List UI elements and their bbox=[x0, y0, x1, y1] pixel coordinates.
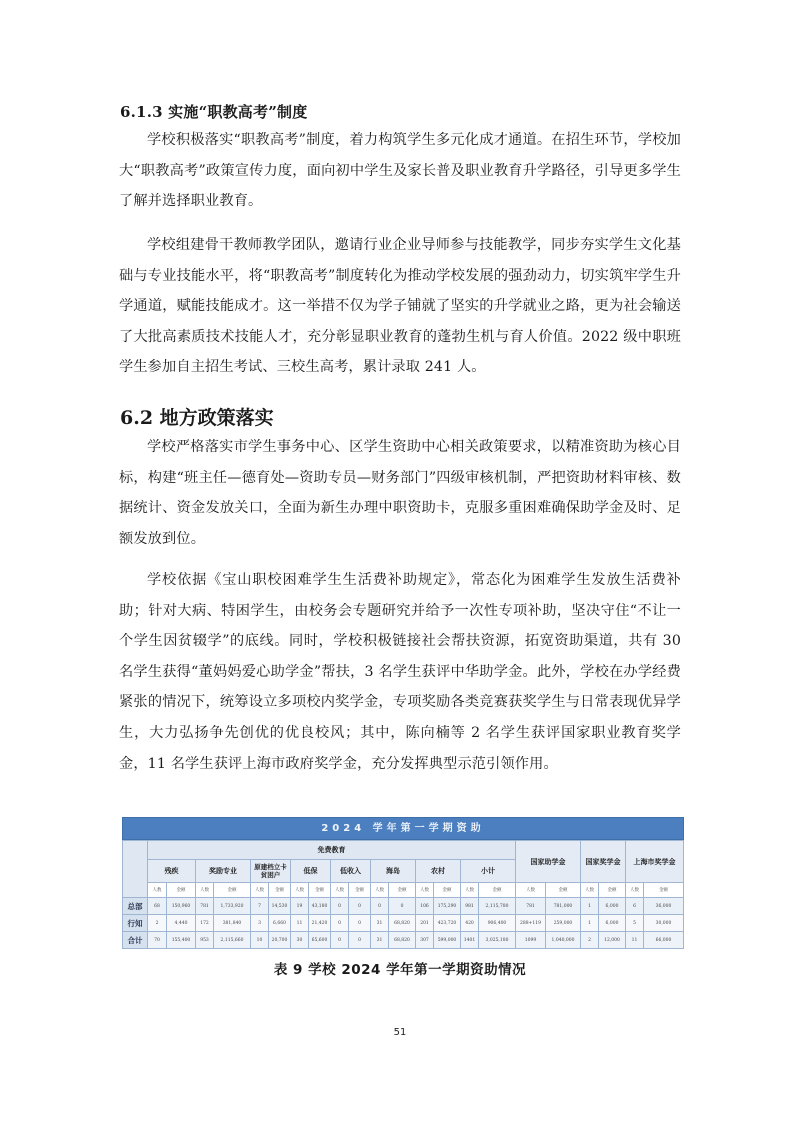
table-row: 合计70155,4009532,115,6601020,7003065,6000… bbox=[123, 932, 684, 949]
paragraph-local-policy-2: 学校依据《宝山职校困难学生生活费补助规定》，常态化为困难学生发放生活费补助；针对… bbox=[119, 565, 681, 779]
table-cell: 68,820 bbox=[389, 932, 416, 949]
unit-header-count: 人数 bbox=[416, 883, 434, 898]
aid-data-table: 免费教育 国家助学金 国家奖学金 上海市奖学金 残疾 奖励专业 原建档立卡 贫困… bbox=[122, 840, 684, 949]
table-cell: 106 bbox=[416, 898, 434, 915]
table-cell: 2,115,660 bbox=[214, 932, 251, 949]
col-header-shanghai-scholarship: 上海市奖学金 bbox=[626, 841, 684, 883]
row-label: 行知 bbox=[123, 915, 148, 932]
unit-header-amount: 金额 bbox=[434, 883, 461, 898]
table-title: 2024 学年第一学期资助 bbox=[122, 817, 684, 840]
row-label: 合计 bbox=[123, 932, 148, 949]
table-cell: 36,000 bbox=[644, 898, 684, 915]
table-cell: 906,400 bbox=[479, 915, 516, 932]
col-header-island: 海岛 bbox=[371, 860, 416, 883]
table-cell: 4,440 bbox=[167, 915, 196, 932]
table-cell: 31 bbox=[371, 915, 389, 932]
table-corner-cell bbox=[123, 841, 148, 898]
table-cell: 981 bbox=[461, 898, 479, 915]
financial-aid-table: 2024 学年第一学期资助 免费教育 国家助学金 国家奖学金 上海市奖学金 残疾… bbox=[122, 817, 684, 949]
table-cell: 150,960 bbox=[167, 898, 196, 915]
col-header-minimum-living: 低保 bbox=[291, 860, 331, 883]
page-number: 51 bbox=[0, 1027, 800, 1038]
table-cell: 1401 bbox=[461, 932, 479, 949]
table-cell: 1 bbox=[581, 898, 599, 915]
unit-header-amount: 金额 bbox=[599, 883, 626, 898]
col-header-incentive-major: 奖励专业 bbox=[196, 860, 251, 883]
unit-header-count: 人数 bbox=[371, 883, 389, 898]
col-header-subtotal: 小计 bbox=[461, 860, 516, 883]
table-cell: 11 bbox=[626, 932, 644, 949]
table-cell: 43,180 bbox=[309, 898, 331, 915]
table-row: 总部68150,9607811,733,920714,5301943,18000… bbox=[123, 898, 684, 915]
table-cell: 1,733,920 bbox=[214, 898, 251, 915]
table-cell: 781 bbox=[516, 898, 546, 915]
table-cell: 1099 bbox=[516, 932, 546, 949]
table-cell: 20,700 bbox=[269, 932, 291, 949]
table-cell: 599,000 bbox=[434, 932, 461, 949]
unit-header-count: 人数 bbox=[196, 883, 214, 898]
table-cell: 0 bbox=[331, 915, 349, 932]
table-cell: 68,820 bbox=[389, 915, 416, 932]
table-cell: 420 bbox=[461, 915, 479, 932]
table-cell: 0 bbox=[349, 932, 371, 949]
unit-header-count: 人数 bbox=[331, 883, 349, 898]
col-header-rural: 农村 bbox=[416, 860, 461, 883]
table-cell: 31 bbox=[371, 932, 389, 949]
table-cell: 155,400 bbox=[167, 932, 196, 949]
table-body: 总部68150,9607811,733,920714,5301943,18000… bbox=[123, 898, 684, 949]
table-cell: 172 bbox=[196, 915, 214, 932]
unit-header-amount: 金额 bbox=[546, 883, 581, 898]
table-cell: 781 bbox=[196, 898, 214, 915]
unit-header-row: 人数金额人数金额人数金额人数金额人数金额人数金额人数金额人数金额人数金额人数金额… bbox=[123, 883, 684, 898]
table-cell: 6,000 bbox=[599, 898, 626, 915]
unit-header-amount: 金额 bbox=[269, 883, 291, 898]
table-cell: 288+119 bbox=[516, 915, 546, 932]
table-cell: 21,420 bbox=[309, 915, 331, 932]
unit-header-count: 人数 bbox=[516, 883, 546, 898]
unit-header-count: 人数 bbox=[251, 883, 269, 898]
table-cell: 259,000 bbox=[546, 915, 581, 932]
table-cell: 0 bbox=[331, 932, 349, 949]
table-cell: 19 bbox=[291, 898, 309, 915]
table-cell: 0 bbox=[389, 898, 416, 915]
table-cell: 2,115,780 bbox=[479, 898, 516, 915]
table-cell: 6,660 bbox=[269, 915, 291, 932]
table-cell: 3,025,180 bbox=[479, 932, 516, 949]
table-cell: 953 bbox=[196, 932, 214, 949]
table-cell: 201 bbox=[416, 915, 434, 932]
unit-header-count: 人数 bbox=[581, 883, 599, 898]
unit-header-amount: 金额 bbox=[309, 883, 331, 898]
table-cell: 7 bbox=[251, 898, 269, 915]
col-header-national-grant: 国家助学金 bbox=[516, 841, 581, 883]
unit-header-amount: 金额 bbox=[349, 883, 371, 898]
table-cell: 65,600 bbox=[309, 932, 331, 949]
paragraph-zhijiao-gaokao-2: 学校组建骨干教师教学团队，邀请行业企业导师参与技能教学，同步夯实学生文化基础与专… bbox=[119, 230, 681, 383]
paragraph-zhijiao-gaokao-1: 学校积极落实“职教高考”制度，着力构筑学生多元化成才通道。在招生环节，学校加大“… bbox=[119, 125, 681, 217]
unit-header-amount: 金额 bbox=[389, 883, 416, 898]
table-cell: 3 bbox=[251, 915, 269, 932]
col-header-poverty-line1: 原建档立卡 bbox=[254, 863, 287, 871]
table-cell: 14,530 bbox=[269, 898, 291, 915]
table-cell: 0 bbox=[331, 898, 349, 915]
unit-header-amount: 金额 bbox=[167, 883, 196, 898]
table-cell: 175,290 bbox=[434, 898, 461, 915]
table-cell: 68 bbox=[148, 898, 167, 915]
table-caption: 表 9 学校 2024 学年第一学期资助情况 bbox=[0, 958, 800, 978]
table-cell: 423,720 bbox=[434, 915, 461, 932]
table-cell: 12,000 bbox=[599, 932, 626, 949]
table-cell: 5 bbox=[626, 915, 644, 932]
unit-header-amount: 金额 bbox=[479, 883, 516, 898]
table-cell: 0 bbox=[371, 898, 389, 915]
table-cell: 6,000 bbox=[599, 915, 626, 932]
table-cell: 0 bbox=[349, 898, 371, 915]
table-cell: 0 bbox=[349, 915, 371, 932]
table-cell: 381,840 bbox=[214, 915, 251, 932]
col-header-national-scholarship: 国家奖学金 bbox=[581, 841, 626, 883]
table-cell: 30 bbox=[291, 932, 309, 949]
paragraph-local-policy-1: 学校严格落实市学生事务中心、区学生资助中心相关政策要求，以精准资助为核心目标，构… bbox=[119, 432, 681, 554]
row-label: 总部 bbox=[123, 898, 148, 915]
col-header-disability: 残疾 bbox=[148, 860, 196, 883]
unit-header-count: 人数 bbox=[148, 883, 167, 898]
col-header-poverty-line2: 贫困户 bbox=[261, 871, 281, 879]
table-cell: 6 bbox=[626, 898, 644, 915]
table-cell: 66,000 bbox=[644, 932, 684, 949]
unit-header-count: 人数 bbox=[291, 883, 309, 898]
group-header-free-education: 免费教育 bbox=[148, 841, 516, 860]
table-cell: 10 bbox=[251, 932, 269, 949]
table-cell: 307 bbox=[416, 932, 434, 949]
table-cell: 30,000 bbox=[644, 915, 684, 932]
table-cell: 70 bbox=[148, 932, 167, 949]
table-cell: 11 bbox=[291, 915, 309, 932]
table-cell: 1,040,000 bbox=[546, 932, 581, 949]
unit-header-count: 人数 bbox=[461, 883, 479, 898]
unit-header-amount: 金额 bbox=[214, 883, 251, 898]
table-cell: 1 bbox=[581, 915, 599, 932]
col-header-poverty-registered: 原建档立卡 贫困户 bbox=[251, 860, 291, 883]
col-header-low-income: 低收入 bbox=[331, 860, 371, 883]
table-row: 行知24,440172381,84036,6601121,420003168,8… bbox=[123, 915, 684, 932]
table-cell: 2 bbox=[581, 932, 599, 949]
unit-header-count: 人数 bbox=[626, 883, 644, 898]
table-cell: 2 bbox=[148, 915, 167, 932]
table-cell: 781,000 bbox=[546, 898, 581, 915]
section-heading-6-2: 6.2 地方政策落实 bbox=[120, 403, 274, 430]
section-heading-6-1-3: 6.1.3 实施“职教高考”制度 bbox=[120, 101, 307, 122]
unit-header-amount: 金额 bbox=[644, 883, 684, 898]
